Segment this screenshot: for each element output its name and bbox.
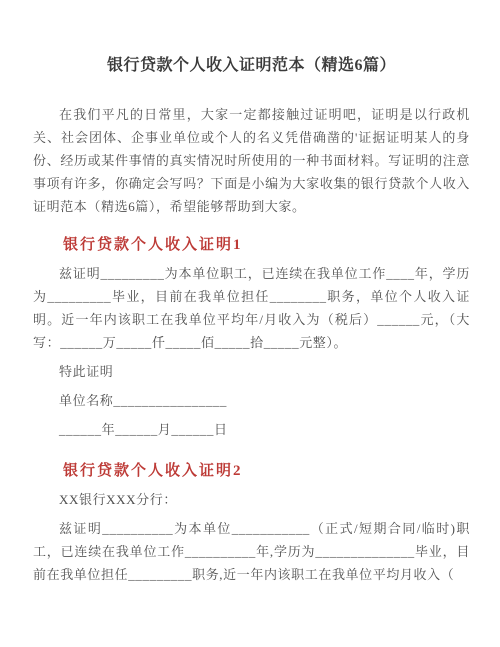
page-title: 银行贷款个人收入证明范本（精选6篇） <box>33 54 470 78</box>
section-2-template-paragraph: 兹证明__________为本单位___________（正式/短期合同/临时)… <box>33 517 470 586</box>
section-2-heading: 银行贷款个人收入证明2 <box>33 460 470 483</box>
article-page: 银行贷款个人收入证明范本（精选6篇） 在我们平凡的日常里，大家一定都接触过证明吧… <box>0 0 500 647</box>
section-2-bank-salutation: XX银行XXX分行： <box>33 488 470 511</box>
section-1-closing-line: 特此证明 <box>33 360 470 383</box>
section-1-heading: 银行贷款个人收入证明1 <box>33 234 470 257</box>
section-1-unit-name-line: 单位名称________________ <box>33 389 470 412</box>
section-1-template-paragraph: 兹证明_________为本单位职工，已连续在我单位工作____年，学历为___… <box>33 262 470 354</box>
section-1-date-line: ______年______月______日 <box>33 418 470 441</box>
intro-paragraph: 在我们平凡的日常里，大家一定都接触过证明吧，证明是以行政机关、社会团体、企事业单… <box>33 103 470 218</box>
